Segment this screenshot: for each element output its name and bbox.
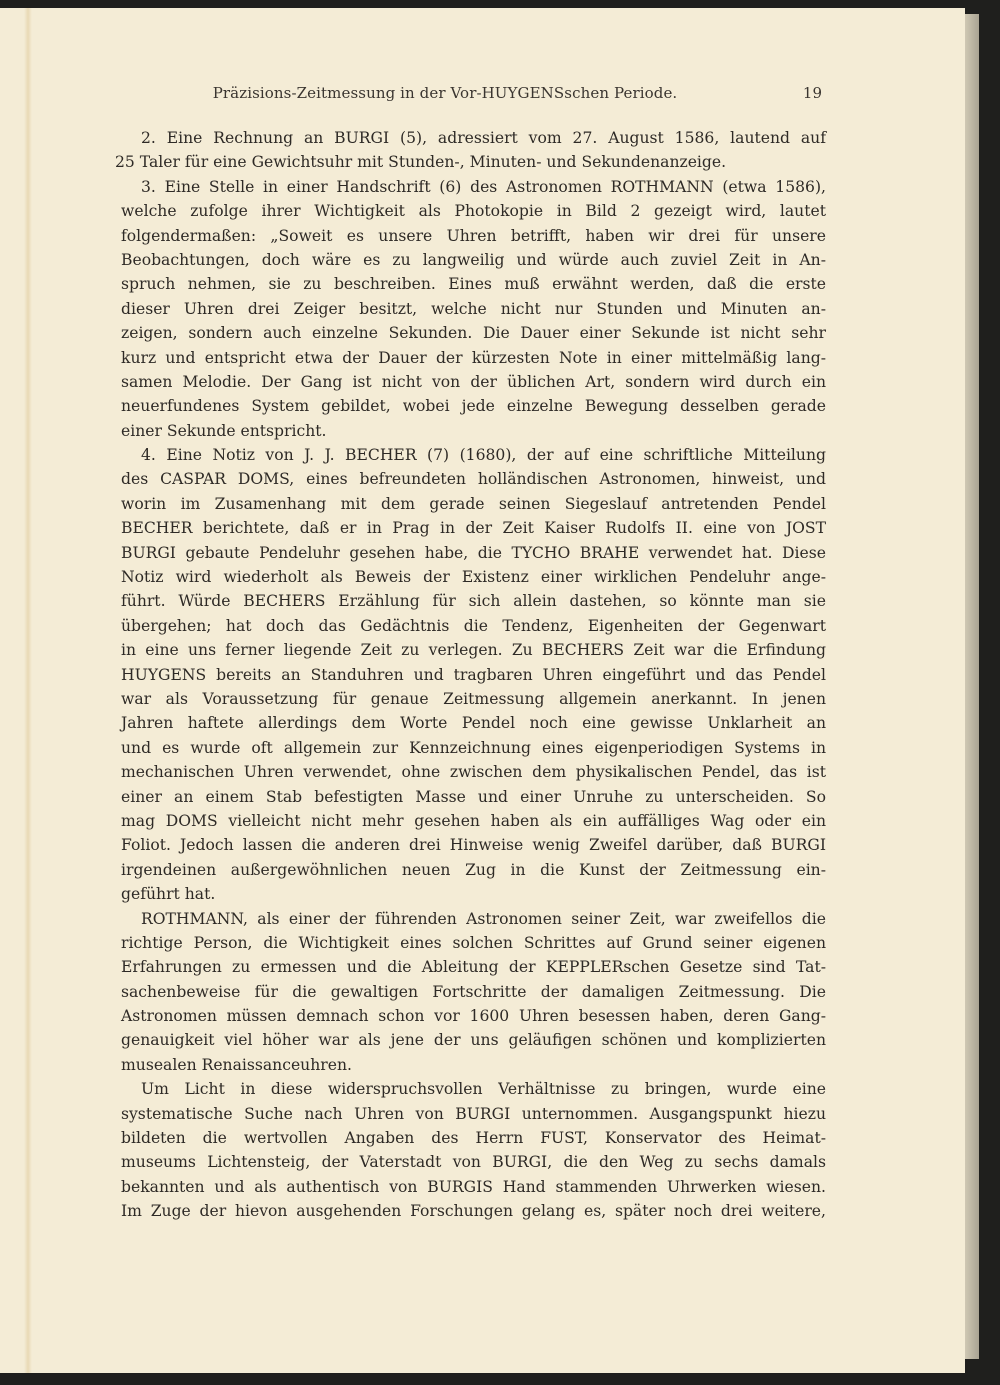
text-line: Im Zuge der hievon ausgehenden Forschung… xyxy=(121,1199,826,1223)
book-page: Präzisions-Zeitmessung in der Vor-HUYGEN… xyxy=(0,8,965,1373)
text-line: Um Licht in diese widerspruchsvollen Ver… xyxy=(121,1077,826,1101)
text-line: 3. Eine Stelle in einer Handschrift (6) … xyxy=(121,175,826,199)
page-gutter-shadow xyxy=(24,8,32,1373)
text-line: Jahren haftete allerdings dem Worte Pend… xyxy=(121,711,826,735)
text-line: spruch nehmen, sie zu beschreiben. Eines… xyxy=(121,272,826,296)
text-line: in eine uns ferner liegende Zeit zu verl… xyxy=(121,638,826,662)
text-line: dieser Uhren drei Zeiger besitzt, welche… xyxy=(121,297,826,321)
text-line: richtige Person, die Wichtigkeit eines s… xyxy=(121,931,826,955)
text-line: bildeten die wertvollen Angaben des Herr… xyxy=(121,1126,826,1150)
text-line: 25 Taler für eine Gewichtsuhr mit Stunde… xyxy=(115,150,826,174)
text-line: worin im Zusamenhang mit dem gerade sein… xyxy=(121,492,826,516)
text-line: musealen Renaissanceuhren. xyxy=(121,1053,826,1077)
page-header: Präzisions-Zeitmessung in der Vor-HUYGEN… xyxy=(120,84,830,108)
text-line: des CASPAR DOMS, eines befreundeten holl… xyxy=(121,467,826,491)
page-edge xyxy=(965,14,979,1359)
text-line: sachenbeweise für die gewaltigen Fortsch… xyxy=(121,980,826,1004)
text-line: einer an einem Stab befestigten Masse un… xyxy=(121,785,826,809)
text-line: mechanischen Uhren verwendet, ohne zwisc… xyxy=(121,760,826,784)
text-line: und es wurde oft allgemein zur Kennzeich… xyxy=(121,736,826,760)
text-line: irgendeinen außergewöhnlichen neuen Zug … xyxy=(121,858,826,882)
text-line: führt. Würde BECHERS Erzählung für sich … xyxy=(121,589,826,613)
text-line: neuerfundenes System gebildet, wobei jed… xyxy=(121,394,826,418)
text-line: 4. Eine Notiz von J. J. BECHER (7) (1680… xyxy=(121,443,826,467)
text-line: BURGI gebaute Pendeluhr gesehen habe, di… xyxy=(121,541,826,565)
text-line: bekannten und als authentisch von BURGIS… xyxy=(121,1175,826,1199)
page-number: 19 xyxy=(803,84,822,102)
text-line: welche zufolge ihrer Wichtigkeit als Pho… xyxy=(121,199,826,223)
text-line: BECHER berichtete, daß er in Prag in der… xyxy=(121,516,826,540)
text-line: Erfahrungen zu ermessen und die Ableitun… xyxy=(121,955,826,979)
text-line: systematische Suche nach Uhren von BURGI… xyxy=(121,1102,826,1126)
text-line: genauigkeit viel höher war als jene der … xyxy=(121,1028,826,1052)
text-line: Notiz wird wiederholt als Beweis der Exi… xyxy=(121,565,826,589)
text-line: samen Melodie. Der Gang ist nicht von de… xyxy=(121,370,826,394)
body-text: 2. Eine Rechnung an BURGI (5), adressier… xyxy=(121,126,826,1224)
text-line: museums Lichtensteig, der Vaterstadt von… xyxy=(121,1150,826,1174)
text-line: geführt hat. xyxy=(121,882,826,906)
text-line: übergehen; hat doch das Gedächtnis die T… xyxy=(121,614,826,638)
text-line: folgendermaßen: „Soweit es unsere Uhren … xyxy=(121,224,826,248)
text-line: war als Voraussetzung für genaue Zeitmes… xyxy=(121,687,826,711)
text-line: ROTHMANN, als einer der führenden Astron… xyxy=(121,907,826,931)
text-line: Foliot. Jedoch lassen die anderen drei H… xyxy=(121,833,826,857)
text-line: zeigen, sondern auch einzelne Sekunden. … xyxy=(121,321,826,345)
text-line: Beobachtungen, doch wäre es zu langweili… xyxy=(121,248,826,272)
running-title: Präzisions-Zeitmessung in der Vor-HUYGEN… xyxy=(120,84,770,102)
text-line: 2. Eine Rechnung an BURGI (5), adressier… xyxy=(121,126,826,150)
text-line: kurz und entspricht etwa der Dauer der k… xyxy=(121,346,826,370)
text-line: HUYGENS bereits an Standuhren und tragba… xyxy=(121,663,826,687)
text-line: Astronomen müssen demnach schon vor 1600… xyxy=(121,1004,826,1028)
text-line: einer Sekunde entspricht. xyxy=(121,419,826,443)
text-line: mag DOMS vielleicht nicht mehr gesehen h… xyxy=(121,809,826,833)
